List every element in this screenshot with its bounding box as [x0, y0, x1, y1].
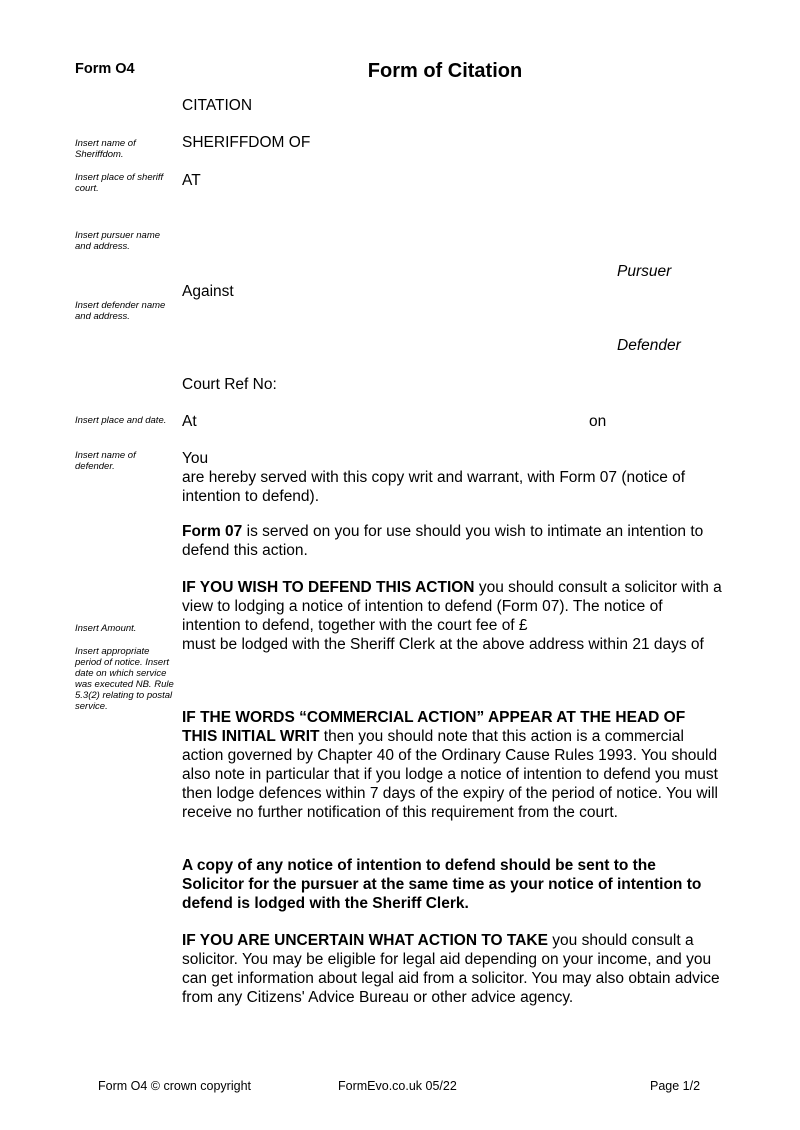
at-place-label: At	[182, 412, 197, 431]
copy-notice-paragraph: A copy of any notice of intention to def…	[182, 856, 722, 913]
form07-paragraph: Form 07 is served on you for use should …	[182, 522, 722, 560]
note-sheriff-court: Insert place of sheriff court.	[75, 172, 175, 194]
commercial-paragraph: IF THE WORDS “COMMERCIAL ACTION” APPEAR …	[182, 708, 722, 822]
footer-source: FormEvo.co.uk 05/22	[338, 1079, 457, 1093]
note-defender: Insert defender name and address.	[75, 300, 175, 322]
on-label: on	[589, 412, 606, 431]
note-amount: Insert Amount.	[75, 623, 175, 634]
defend-bold: IF YOU WISH TO DEFEND THIS ACTION	[182, 579, 475, 596]
note-defender-name: Insert name of defender.	[75, 450, 175, 472]
note-period: Insert appropriate period of notice. Ins…	[75, 646, 175, 712]
note-place-date: Insert place and date.	[75, 415, 175, 426]
served-paragraph: are hereby served with this copy writ an…	[182, 468, 722, 506]
page-title: Form of Citation	[0, 60, 800, 83]
uncertain-paragraph: IF YOU ARE UNCERTAIN WHAT ACTION TO TAKE…	[182, 931, 722, 1007]
you-label: You	[182, 449, 208, 468]
uncertain-bold: IF YOU ARE UNCERTAIN WHAT ACTION TO TAKE	[182, 932, 548, 949]
defend-text-2: must be lodged with the Sheriff Clerk at…	[182, 636, 704, 653]
against-label: Against	[182, 282, 234, 301]
form07-bold: Form 07	[182, 523, 242, 540]
form07-text: is served on you for use should you wish…	[182, 523, 703, 559]
note-sheriffdom: Insert name of Sheriffdom.	[75, 138, 175, 160]
footer-copyright: Form O4 © crown copyright	[98, 1079, 251, 1093]
note-pursuer: Insert pursuer name and address.	[75, 230, 175, 252]
defend-paragraph: IF YOU WISH TO DEFEND THIS ACTION you sh…	[182, 578, 722, 654]
court-ref-label: Court Ref No:	[182, 375, 277, 394]
defender-label: Defender	[617, 337, 681, 355]
sheriffdom-label: SHERIFFDOM OF	[182, 133, 310, 152]
citation-heading: CITATION	[182, 96, 252, 115]
pursuer-label: Pursuer	[617, 263, 671, 281]
at-label: AT	[182, 171, 201, 190]
footer-page-number: Page 1/2	[650, 1079, 700, 1093]
